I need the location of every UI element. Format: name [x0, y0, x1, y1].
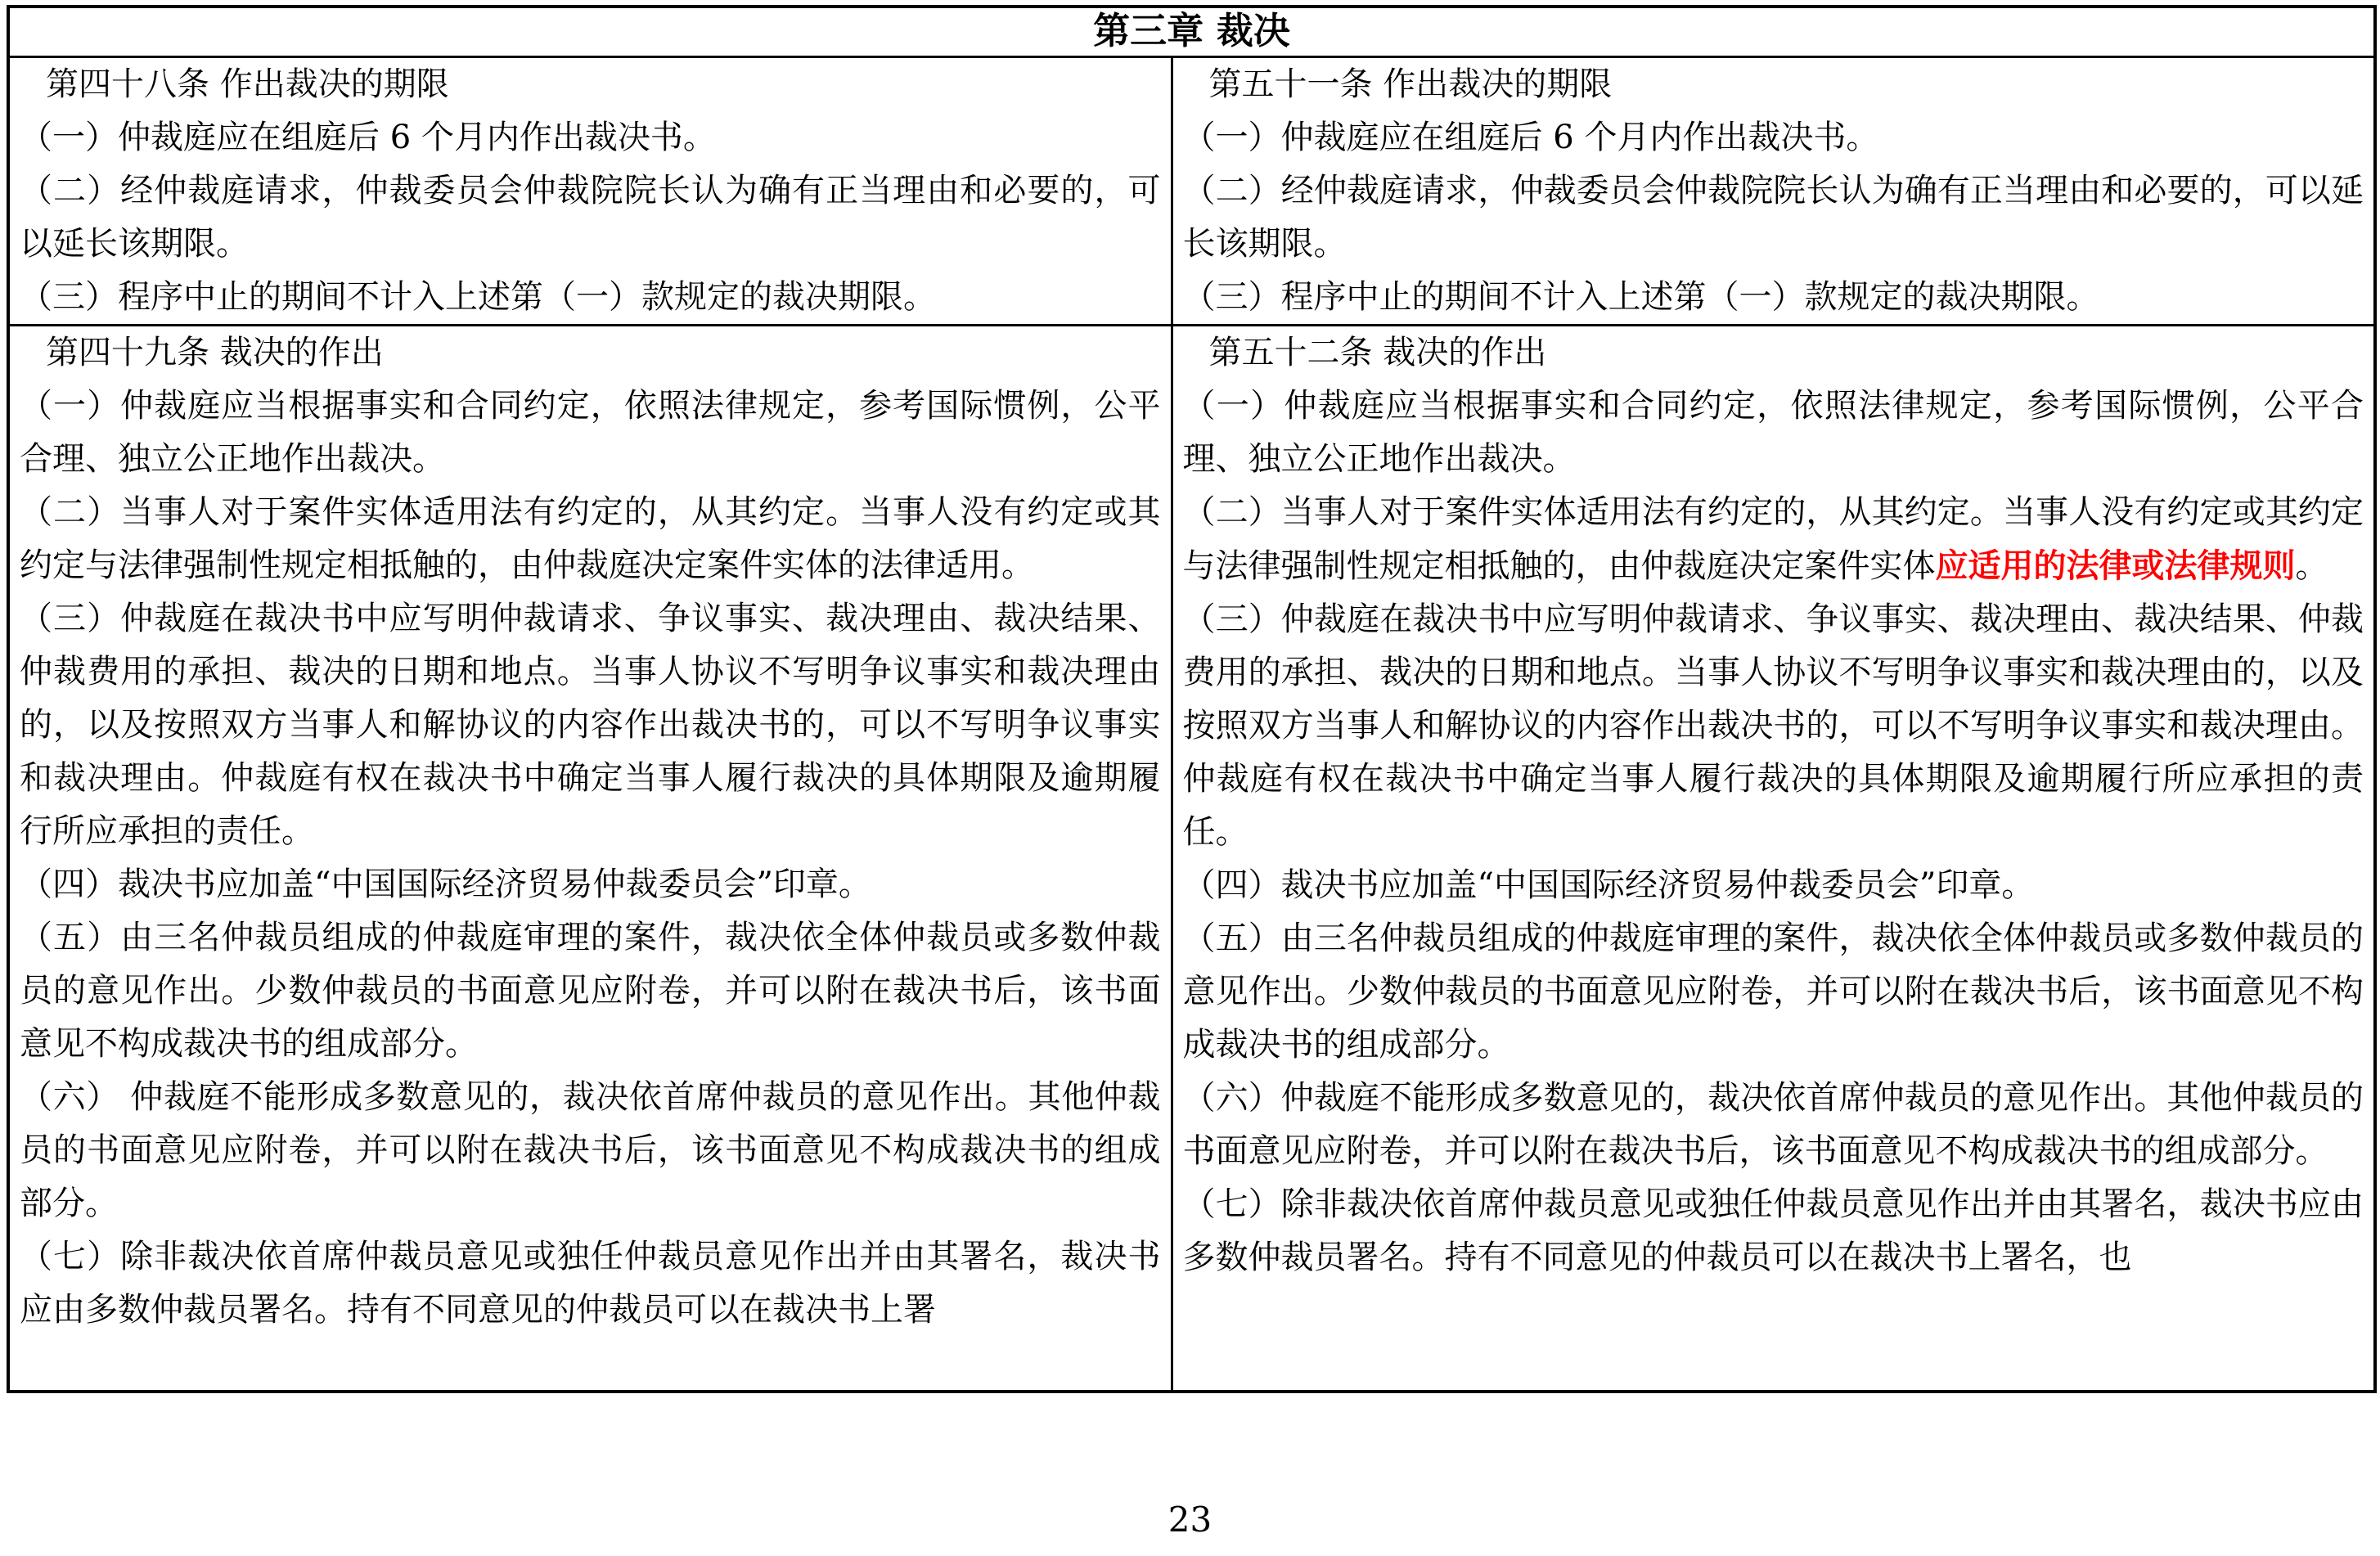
text-segment: （一）仲裁庭应在组庭后 6 个月内作出裁决书。 — [20, 119, 716, 156]
text-segment: （三）程序中止的期间不计入上述第（一）款规定的裁决期限。 — [20, 278, 936, 316]
article-paragraph: （一）仲裁庭应在组庭后 6 个月内作出裁决书。 — [1183, 111, 2364, 164]
document-page: 第三章 裁决 第四十八条 作出裁决的期限（一）仲裁庭应在组庭后 6 个月内作出裁… — [0, 0, 2380, 1556]
text-segment: （三）仲裁庭在裁决书中应写明仲裁请求、争议事实、裁决理由、裁决结果、仲裁费用的承… — [20, 600, 1161, 850]
text-segment: 。 — [2296, 547, 2328, 585]
article-paragraph: （一）仲裁庭应当根据事实和合同约定，依照法律规定，参考国际惯例，公平合理、独立公… — [1183, 380, 2364, 486]
article-paragraph: （二）当事人对于案件实体适用法有约定的，从其约定。当事人没有约定或其约定与法律强… — [1183, 486, 2364, 593]
article-paragraph: （一）仲裁庭应当根据事实和合同约定，依照法律规定，参考国际惯例，公平合理、独立公… — [20, 380, 1161, 486]
text-segment: （三）程序中止的期间不计入上述第（一）款规定的裁决期限。 — [1183, 278, 2099, 316]
article-title: 第四十九条 裁决的作出 — [20, 326, 1161, 380]
text-segment: （六） 仲裁庭不能形成多数意见的，裁决依首席仲裁员的意见作出。其他仲裁员的书面意… — [20, 1078, 1161, 1222]
article-title: 第四十八条 作出裁决的期限 — [20, 58, 1161, 111]
article-row-award-making: 第四十九条 裁决的作出（一）仲裁庭应当根据事实和合同约定，依照法律规定，参考国际… — [8, 326, 2375, 1392]
article-paragraph: （二）当事人对于案件实体适用法有约定的，从其约定。当事人没有约定或其约定与法律强… — [20, 486, 1161, 592]
article-paragraph: （七）除非裁决依首席仲裁员意见或独任仲裁员意见作出并由其署名，裁决书应由多数仲裁… — [20, 1230, 1161, 1337]
text-segment: （六）仲裁庭不能形成多数意见的，裁决依首席仲裁员的意见作出。其他仲裁员的书面意见… — [1183, 1079, 2364, 1170]
article-paragraph: （三）程序中止的期间不计入上述第（一）款规定的裁决期限。 — [20, 271, 1161, 324]
article-paragraph: （四）裁决书应加盖“中国国际经济贸易仲裁委员会”印章。 — [1183, 859, 2364, 912]
article-paragraph: （三）仲裁庭在裁决书中应写明仲裁请求、争议事实、裁决理由、裁决结果、仲裁费用的承… — [20, 592, 1161, 858]
article-row-award-time-limit: 第四十八条 作出裁决的期限（一）仲裁庭应在组庭后 6 个月内作出裁决书。（二）经… — [8, 57, 2375, 326]
article-paragraph: （二）经仲裁庭请求，仲裁委员会仲裁院院长认为确有正当理由和必要的，可以延长该期限… — [1183, 164, 2364, 271]
chapter-header: 第三章 裁决 — [8, 7, 2375, 57]
chapter-header-row: 第三章 裁决 — [8, 7, 2375, 57]
article-cell-content: 第五十二条 裁决的作出（一）仲裁庭应当根据事实和合同约定，依照法律规定，参考国际… — [1173, 326, 2374, 1390]
article-paragraph: （六）仲裁庭不能形成多数意见的，裁决依首席仲裁员的意见作出。其他仲裁员的书面意见… — [1183, 1072, 2364, 1178]
text-segment: （一）仲裁庭应当根据事实和合同约定，依照法律规定，参考国际惯例，公平合理、独立公… — [20, 387, 1161, 478]
text-segment: （二）经仲裁庭请求，仲裁委员会仲裁院院长认为确有正当理由和必要的，可以延长该期限… — [1183, 172, 2364, 263]
text-segment: （四）裁决书应加盖“中国国际经济贸易仲裁委员会”印章。 — [1183, 866, 2035, 904]
text-segment: （一）仲裁庭应当根据事实和合同约定，依照法律规定，参考国际惯例，公平合理、独立公… — [1183, 387, 2364, 478]
article-paragraph: （五）由三名仲裁员组成的仲裁庭审理的案件，裁决依全体仲裁员或多数仲裁员的意见作出… — [20, 911, 1161, 1071]
article-paragraph: （六） 仲裁庭不能形成多数意见的，裁决依首席仲裁员的意见作出。其他仲裁员的书面意… — [20, 1071, 1161, 1230]
article-cell-content: 第五十一条 作出裁决的期限（一）仲裁庭应在组庭后 6 个月内作出裁决书。（二）经… — [1173, 58, 2374, 324]
article-cell-content: 第四十八条 作出裁决的期限（一）仲裁庭应在组庭后 6 个月内作出裁决书。（二）经… — [10, 58, 1171, 324]
article-paragraph: （四）裁决书应加盖“中国国际经济贸易仲裁委员会”印章。 — [20, 858, 1161, 911]
article-paragraph: （五）由三名仲裁员组成的仲裁庭审理的案件，裁决依全体仲裁员或多数仲裁员的意见作出… — [1183, 912, 2364, 1072]
rules-comparison-table: 第三章 裁决 第四十八条 作出裁决的期限（一）仲裁庭应在组庭后 6 个月内作出裁… — [7, 5, 2377, 1393]
amended-text-segment: 应适用的法律或法律规则 — [1936, 546, 2296, 585]
article-title: 第五十二条 裁决的作出 — [1183, 326, 2364, 380]
text-segment: （七）除非裁决依首席仲裁员意见或独任仲裁员意见作出并由其署名，裁决书应由多数仲裁… — [20, 1238, 1161, 1329]
text-segment: （七）除非裁决依首席仲裁员意见或独任仲裁员意见作出并由其署名，裁决书应由多数仲裁… — [1183, 1185, 2364, 1276]
text-segment: （五）由三名仲裁员组成的仲裁庭审理的案件，裁决依全体仲裁员或多数仲裁员的意见作出… — [1183, 920, 2364, 1064]
text-segment: （三）仲裁庭在裁决书中应写明仲裁请求、争议事实、裁决理由、裁决结果、仲裁费用的承… — [1183, 600, 2364, 851]
article-paragraph: （一）仲裁庭应在组庭后 6 个月内作出裁决书。 — [20, 111, 1161, 164]
text-segment: （五）由三名仲裁员组成的仲裁庭审理的案件，裁决依全体仲裁员或多数仲裁员的意见作出… — [20, 919, 1161, 1063]
cell-article-52: 第五十二条 裁决的作出（一）仲裁庭应当根据事实和合同约定，依照法律规定，参考国际… — [1172, 326, 2375, 1392]
text-segment: （四）裁决书应加盖“中国国际经济贸易仲裁委员会”印章。 — [20, 866, 871, 903]
article-title: 第五十一条 作出裁决的期限 — [1183, 58, 2364, 111]
text-segment: （二）当事人对于案件实体适用法有约定的，从其约定。当事人没有约定或其约定与法律强… — [20, 493, 1161, 584]
page-number: 23 — [0, 1500, 2380, 1540]
article-paragraph: （二）经仲裁庭请求，仲裁委员会仲裁院院长认为确有正当理由和必要的，可以延长该期限… — [20, 164, 1161, 271]
cell-article-51: 第五十一条 作出裁决的期限（一）仲裁庭应在组庭后 6 个月内作出裁决书。（二）经… — [1172, 57, 2375, 326]
text-segment: （二）经仲裁庭请求，仲裁委员会仲裁院院长认为确有正当理由和必要的，可以延长该期限… — [20, 172, 1161, 263]
article-cell-content: 第四十九条 裁决的作出（一）仲裁庭应当根据事实和合同约定，依照法律规定，参考国际… — [10, 326, 1171, 1390]
cell-article-49: 第四十九条 裁决的作出（一）仲裁庭应当根据事实和合同约定，依照法律规定，参考国际… — [8, 326, 1172, 1392]
text-segment: （一）仲裁庭应在组庭后 6 个月内作出裁决书。 — [1183, 119, 1879, 156]
article-paragraph: （三）仲裁庭在裁决书中应写明仲裁请求、争议事实、裁决理由、裁决结果、仲裁费用的承… — [1183, 593, 2364, 859]
article-paragraph: （七）除非裁决依首席仲裁员意见或独任仲裁员意见作出并由其署名，裁决书应由多数仲裁… — [1183, 1178, 2364, 1284]
article-paragraph: （三）程序中止的期间不计入上述第（一）款规定的裁决期限。 — [1183, 271, 2364, 324]
cell-article-48: 第四十八条 作出裁决的期限（一）仲裁庭应在组庭后 6 个月内作出裁决书。（二）经… — [8, 57, 1172, 326]
